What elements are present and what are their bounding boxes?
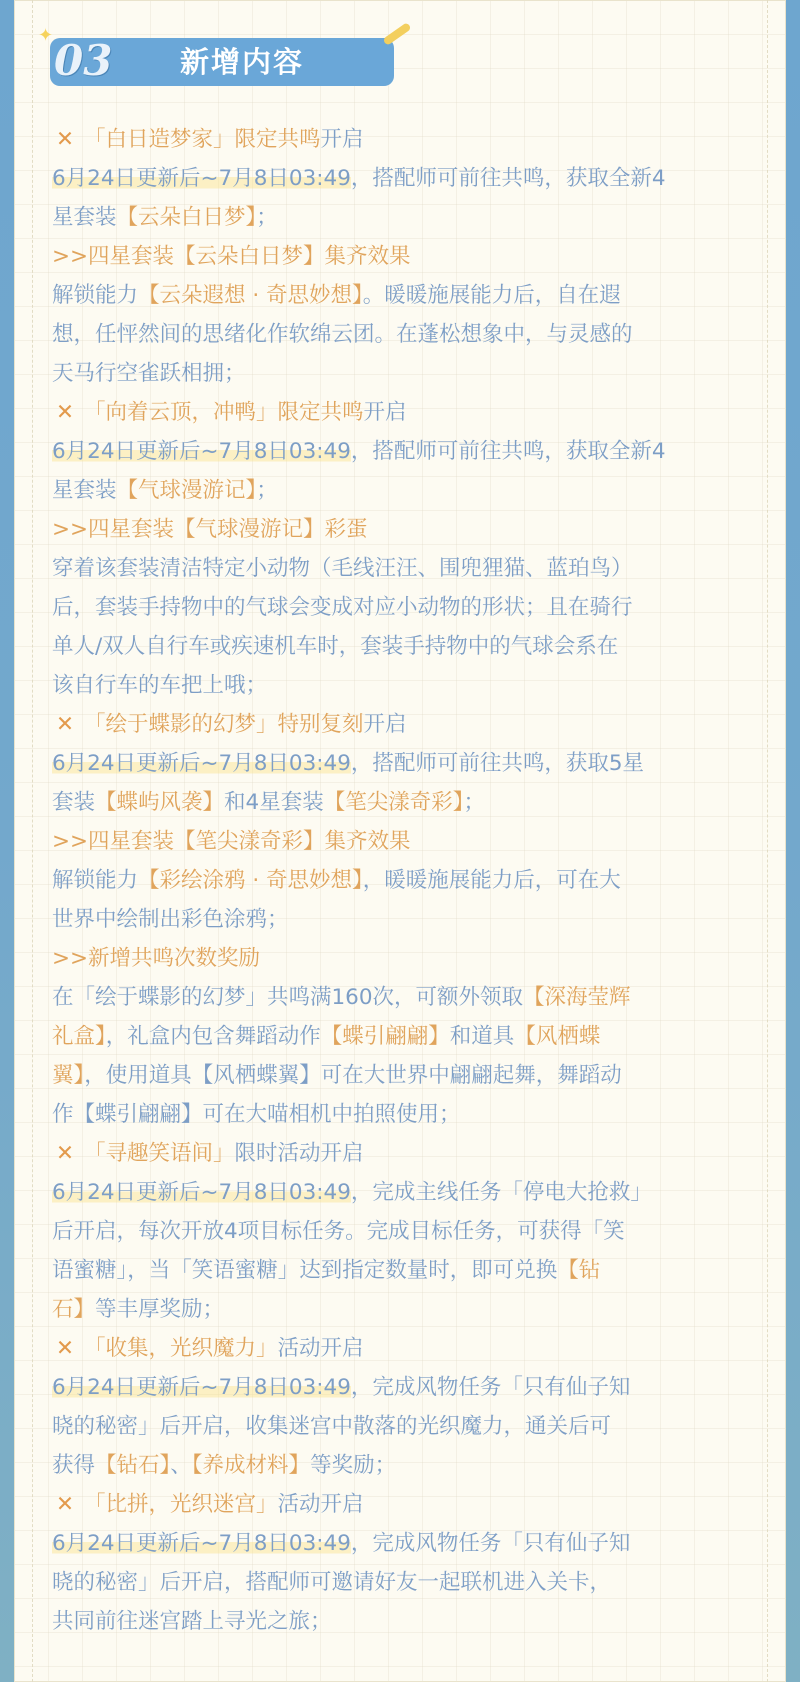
body-text: 语蜜糖」，当「笑语蜜糖」达到指定数量时，即可兑换: [52, 1258, 557, 1283]
highlight-text: 【钻: [557, 1258, 600, 1283]
text-line: 语蜜糖」，当「笑语蜜糖」达到指定数量时，即可兑换【钻: [52, 1251, 764, 1290]
text-line: 世界中绘制出彩色涂鸦；: [52, 900, 764, 939]
section-header: 03 新增内容: [50, 38, 394, 86]
body-text: 在「绘于蝶影的幻梦」共鸣满160次，可额外领取: [52, 985, 523, 1010]
text-line: 星套装【气球漫游记】；: [52, 471, 764, 510]
body-text: 解锁能力: [52, 868, 138, 893]
body-text: 。暖暖施展能力后，自在遐: [363, 283, 621, 308]
text-line: >>四星套装【气球漫游记】彩蛋: [52, 510, 764, 549]
body-text: 和道具: [450, 1024, 515, 1049]
highlight-text: 【养成材料】: [192, 1453, 310, 1478]
body-text: 活动开启: [278, 1336, 364, 1361]
cross-bullet-icon: ✕: [52, 1329, 78, 1368]
body-text: ；: [463, 790, 485, 815]
page-frame: ✦ 03 新增内容 ✕「白日造梦家」限定共鸣开启6月24日更新后~7月8日03:…: [0, 0, 800, 1682]
body-text: 星套装: [52, 478, 117, 503]
date-range: 6月24日更新后~7月8日03:49: [52, 1375, 351, 1400]
body-text: 解锁能力: [52, 283, 138, 308]
item-heading: ✕「绘于蝶影的幻梦」特别复刻开启: [52, 705, 764, 744]
body-text: ，完成风物任务「只有仙子知: [351, 1375, 631, 1400]
body-text: 后开启，每次开放4项目标任务。完成目标任务，可获得「笑: [52, 1219, 625, 1244]
text-line: 6月24日更新后~7月8日03:49，搭配师可前往共鸣，获取全新4: [52, 159, 764, 198]
text-line: 解锁能力【彩绘涂鸦 · 奇思妙想】，暖暖施展能力后，可在大: [52, 861, 764, 900]
item-heading: ✕「寻趣笑语间」限时活动开启: [52, 1134, 764, 1173]
item-heading: ✕「向着云顶，冲鸭」限定共鸣开启: [52, 393, 764, 432]
body-text: 单人/双人自行车或疾速机车时，套装手持物中的气球会系在: [52, 634, 618, 659]
text-line: 礼盒】，礼盒内包含舞蹈动作【蝶引翩翩】和道具【风栖蝶: [52, 1017, 764, 1056]
body-text: 限时活动开启: [235, 1141, 364, 1166]
body-text: 想，任怦然间的思绪化作软绵云团。在蓬松想象中，与灵感的: [52, 322, 633, 347]
highlight-text: 「寻趣笑语间」: [84, 1141, 235, 1166]
body-text: 等奖励；: [310, 1453, 396, 1478]
highlight-text: 【钻石】: [95, 1453, 170, 1478]
highlight-text: 【风栖蝶: [514, 1024, 600, 1049]
highlight-text: 「比拼，光织迷宫」: [84, 1492, 278, 1517]
highlight-text: >>新增共鸣次数奖励: [52, 946, 260, 971]
text-line: 石】等丰厚奖励；: [52, 1290, 764, 1329]
highlight-text: 「收集，光织魔力」: [84, 1336, 278, 1361]
body-text: 该自行车的车把上哦；: [52, 673, 267, 698]
highlight-text: 【彩绘涂鸦 · 奇思妙想】: [138, 868, 363, 893]
highlight-text: 【深海莹辉: [523, 985, 631, 1010]
cross-bullet-icon: ✕: [52, 393, 78, 432]
highlight-text: >>四星套装【云朵白日梦】集齐效果: [52, 244, 411, 269]
highlight-text: 【气球漫游记】: [117, 478, 257, 503]
highlight-text: 【云朵遐想 · 奇思妙想】: [138, 283, 363, 308]
date-range: 6月24日更新后~7月8日03:49: [52, 439, 351, 464]
text-line: 单人/双人自行车或疾速机车时，套装手持物中的气球会系在: [52, 627, 764, 666]
text-line: 获得【钻石】、【养成材料】等奖励；: [52, 1446, 764, 1485]
text-line: 解锁能力【云朵遐想 · 奇思妙想】。暖暖施展能力后，自在遐: [52, 276, 764, 315]
text-line: 6月24日更新后~7月8日03:49，搭配师可前往共鸣，获取5星: [52, 744, 764, 783]
text-line: 6月24日更新后~7月8日03:49，完成风物任务「只有仙子知: [52, 1524, 764, 1563]
body-text: 穿着该套装清洁特定小动物（毛线汪汪、围兜狸猫、蓝珀鸟）: [52, 556, 633, 581]
body-text: 共同前往迷宫踏上寻光之旅；: [52, 1609, 332, 1634]
highlight-text: 「向着云顶，冲鸭」限定共鸣: [84, 400, 364, 425]
body-text: 世界中绘制出彩色涂鸦；: [52, 907, 289, 932]
text-line: 想，任怦然间的思绪化作软绵云团。在蓬松想象中，与灵感的: [52, 315, 764, 354]
text-line: 该自行车的车把上哦；: [52, 666, 764, 705]
body-text: 开启: [364, 712, 407, 737]
body-text: ，礼盒内包含舞蹈动作: [106, 1024, 321, 1049]
section-number: 03: [54, 36, 124, 86]
highlight-text: >>四星套装【笔尖漾奇彩】集齐效果: [52, 829, 411, 854]
text-line: 星套装【云朵白日梦】；: [52, 198, 764, 237]
body-text: 和4星套装: [224, 790, 324, 815]
body-text: 活动开启: [278, 1492, 364, 1517]
date-range: 6月24日更新后~7月8日03:49: [52, 166, 351, 191]
body-text: ；: [256, 478, 278, 503]
text-line: 在「绘于蝶影的幻梦」共鸣满160次，可额外领取【深海莹辉: [52, 978, 764, 1017]
date-range: 6月24日更新后~7月8日03:49: [52, 1180, 351, 1205]
text-line: 6月24日更新后~7月8日03:49，完成风物任务「只有仙子知: [52, 1368, 764, 1407]
text-line: 穿着该套装清洁特定小动物（毛线汪汪、围兜狸猫、蓝珀鸟）: [52, 549, 764, 588]
cross-bullet-icon: ✕: [52, 1485, 78, 1524]
cross-bullet-icon: ✕: [52, 1134, 78, 1173]
text-line: 晓的秘密」后开启，搭配师可邀请好友一起联机进入关卡，: [52, 1563, 764, 1602]
highlight-text: 「白日造梦家」限定共鸣: [84, 127, 321, 152]
text-line: >>新增共鸣次数奖励: [52, 939, 764, 978]
body-text: 开启: [364, 400, 407, 425]
body-text: ，暖暖施展能力后，可在大: [363, 868, 621, 893]
highlight-text: 礼盒】: [52, 1024, 106, 1049]
highlight-text: 【蝶引翩翩】: [321, 1024, 450, 1049]
body-text: 后，套装手持物中的气球会变成对应小动物的形状；且在骑行: [52, 595, 633, 620]
highlight-text: 【笔尖漾奇彩】: [324, 790, 464, 815]
body-text: 晓的秘密」后开启，搭配师可邀请好友一起联机进入关卡，: [52, 1570, 611, 1595]
body-text: 开启: [321, 127, 364, 152]
body-text: ，搭配师可前往共鸣，获取全新4: [351, 166, 666, 191]
body-text: ，完成主线任务「停电大抢救」: [351, 1180, 652, 1205]
text-line: 晓的秘密」后开启，收集迷宫中散落的光织魔力，通关后可: [52, 1407, 764, 1446]
body-text: 套装: [52, 790, 95, 815]
text-line: 作【蝶引翩翩】可在大喵相机中拍照使用；: [52, 1095, 764, 1134]
body-text: 等丰厚奖励；: [95, 1297, 224, 1322]
item-heading: ✕「白日造梦家」限定共鸣开启: [52, 120, 764, 159]
update-content: ✕「白日造梦家」限定共鸣开启6月24日更新后~7月8日03:49，搭配师可前往共…: [52, 120, 764, 1641]
section-title: 新增内容: [180, 38, 304, 86]
body-text: 作【蝶引翩翩】可在大喵相机中拍照使用；: [52, 1102, 461, 1127]
body-text: ，搭配师可前往共鸣，获取全新4: [351, 439, 666, 464]
highlight-text: 【蝶屿风袭】: [95, 790, 224, 815]
body-text: ；: [256, 205, 278, 230]
text-line: 后，套装手持物中的气球会变成对应小动物的形状；且在骑行: [52, 588, 764, 627]
highlight-text: 【云朵白日梦】: [117, 205, 257, 230]
highlight-text: >>四星套装【气球漫游记】彩蛋: [52, 517, 368, 542]
highlight-text: 「绘于蝶影的幻梦」特别复刻: [84, 712, 364, 737]
cross-bullet-icon: ✕: [52, 705, 78, 744]
body-text: 天马行空雀跃相拥；: [52, 361, 246, 386]
item-heading: ✕「比拼，光织迷宫」活动开启: [52, 1485, 764, 1524]
text-line: 翼】，使用道具【风栖蝶翼】可在大世界中翩翩起舞，舞蹈动: [52, 1056, 764, 1095]
text-line: 套装【蝶屿风袭】和4星套装【笔尖漾奇彩】；: [52, 783, 764, 822]
date-range: 6月24日更新后~7月8日03:49: [52, 751, 351, 776]
body-text: ，使用道具【风栖蝶翼】可在大世界中翩翩起舞，舞蹈动: [84, 1063, 622, 1088]
highlight-text: 石】: [52, 1297, 95, 1322]
text-line: 后开启，每次开放4项目标任务。完成目标任务，可获得「笑: [52, 1212, 764, 1251]
body-text: ，搭配师可前往共鸣，获取5星: [351, 751, 644, 776]
date-range: 6月24日更新后~7月8日03:49: [52, 1531, 351, 1556]
text-line: 天马行空雀跃相拥；: [52, 354, 764, 393]
highlight-text: 翼】: [52, 1063, 84, 1088]
body-text: ，完成风物任务「只有仙子知: [351, 1531, 631, 1556]
body-text: 、: [170, 1453, 192, 1478]
body-text: 获得: [52, 1453, 95, 1478]
text-line: 共同前往迷宫踏上寻光之旅；: [52, 1602, 764, 1641]
text-line: >>四星套装【云朵白日梦】集齐效果: [52, 237, 764, 276]
text-line: 6月24日更新后~7月8日03:49，完成主线任务「停电大抢救」: [52, 1173, 764, 1212]
item-heading: ✕「收集，光织魔力」活动开启: [52, 1329, 764, 1368]
text-line: >>四星套装【笔尖漾奇彩】集齐效果: [52, 822, 764, 861]
cross-bullet-icon: ✕: [52, 120, 78, 159]
body-text: 晓的秘密」后开启，收集迷宫中散落的光织魔力，通关后可: [52, 1414, 611, 1439]
body-text: 星套装: [52, 205, 117, 230]
text-line: 6月24日更新后~7月8日03:49，搭配师可前往共鸣，获取全新4: [52, 432, 764, 471]
